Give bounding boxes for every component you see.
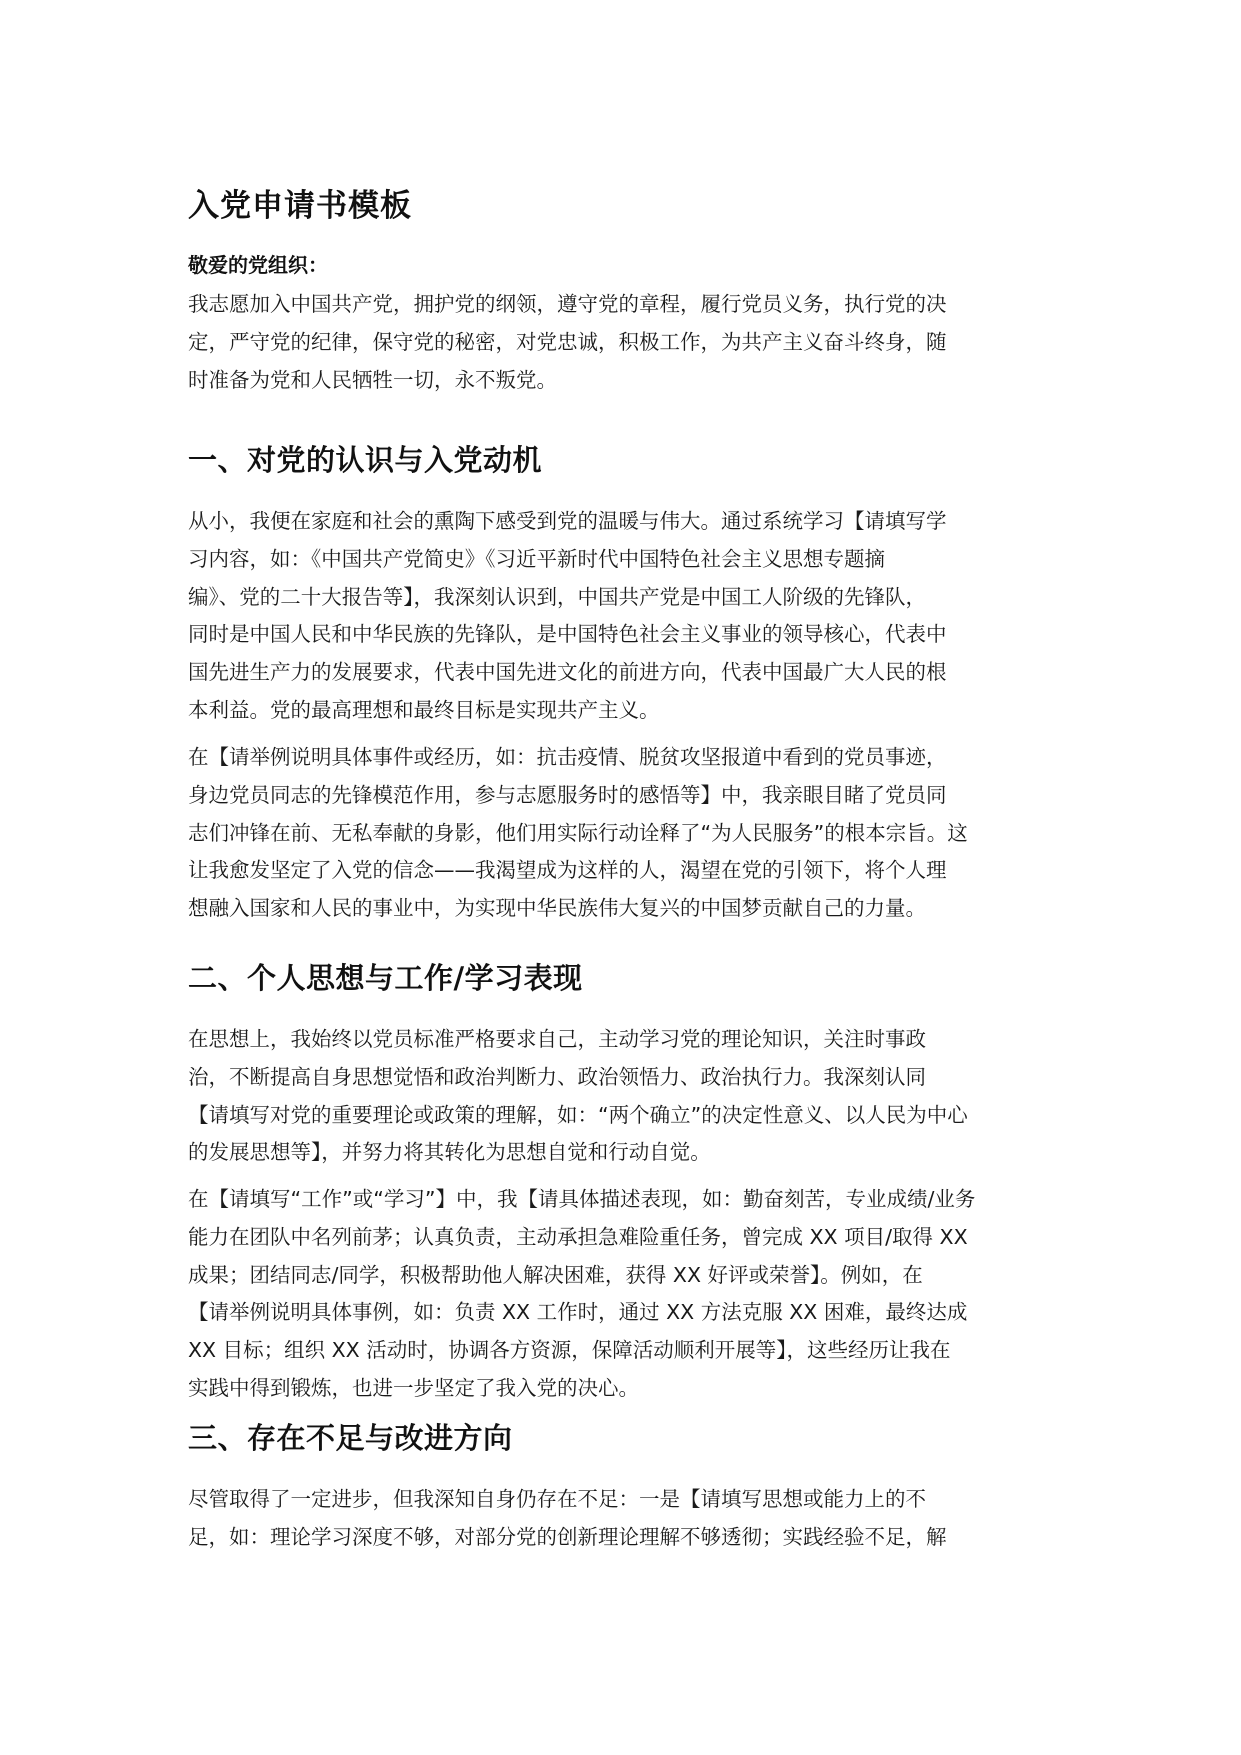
paragraph-line: 同时是中国人民和中华民族的先锋队，是中国特色社会主义事业的领导核心，代表中 [188,616,1048,654]
paragraph-line: 实践中得到锻炼，也进一步坚定了我入党的决心。 [188,1370,1048,1408]
paragraph-line: 习内容，如：《中国共产党简史》《习近平新时代中国特色社会主义思想专题摘 [188,541,1048,579]
section-2-paragraph-2: 在【请填写“工作”或“学习”】中，我【请具体描述表现，如：勤奋刻苦，专业成绩/业… [188,1181,1048,1408]
paragraph-line: 时准备为党和人民牺牲一切，永不叛党。 [188,362,1048,400]
paragraph-line: 编》、党的二十大报告等】，我深刻认识到，中国共产党是中国工人阶级的先锋队， [188,579,1048,617]
section-2-paragraph-1: 在思想上，我始终以党员标准严格要求自己，主动学习党的理论知识，关注时事政 治，不… [188,1021,1048,1172]
paragraph-line: 成果；团结同志/同学，积极帮助他人解决困难，获得 XX 好评或荣誉】。例如，在 [188,1257,1048,1295]
paragraph-line: 我志愿加入中国共产党，拥护党的纲领，遵守党的章程，履行党员义务，执行党的决 [188,286,1048,324]
section-1-paragraph-1: 从小，我便在家庭和社会的熏陶下感受到党的温暖与伟大。通过系统学习【请填写学 习内… [188,503,1048,730]
document-title: 入党申请书模板 [188,186,412,226]
paragraph-line: 的发展思想等】，并努力将其转化为思想自觉和行动自觉。 [188,1134,1048,1172]
paragraph-line: 本利益。党的最高理想和最终目标是实现共产主义。 [188,692,1048,730]
paragraph-line: 【请举例说明具体事例，如：负责 XX 工作时，通过 XX 方法克服 XX 困难，… [188,1294,1048,1332]
salutation: 敬爱的党组织： [188,250,328,280]
section-heading-2: 二、个人思想与工作/学习表现 [188,958,583,998]
section-3-paragraph-1: 尽管取得了一定进步，但我深知自身仍存在不足：一是【请填写思想或能力上的不 足，如… [188,1481,1048,1557]
paragraph-line: 【请填写对党的重要理论或政策的理解，如：“两个确立”的决定性意义、以人民为中心 [188,1097,1048,1135]
paragraph-line: 定，严守党的纪律，保守党的秘密，对党忠诚，积极工作，为共产主义奋斗终身，随 [188,324,1048,362]
paragraph-line: 让我愈发坚定了入党的信念——我渴望成为这样的人，渴望在党的引领下，将个人理 [188,852,1048,890]
paragraph-line: 在【请填写“工作”或“学习”】中，我【请具体描述表现，如：勤奋刻苦，专业成绩/业… [188,1181,1048,1219]
paragraph-line: 国先进生产力的发展要求，代表中国先进文化的前进方向，代表中国最广大人民的根 [188,654,1048,692]
paragraph-line: 能力在团队中名列前茅；认真负责，主动承担急难险重任务，曾完成 XX 项目/取得 … [188,1219,1048,1257]
paragraph-line: 尽管取得了一定进步，但我深知自身仍存在不足：一是【请填写思想或能力上的不 [188,1481,1048,1519]
paragraph-line: 治，不断提高自身思想觉悟和政治判断力、政治领悟力、政治执行力。我深刻认同 [188,1059,1048,1097]
paragraph-line: 志们冲锋在前、无私奉献的身影，他们用实际行动诠释了“为人民服务”的根本宗旨。这 [188,815,1048,853]
intro-paragraph: 我志愿加入中国共产党，拥护党的纲领，遵守党的章程，履行党员义务，执行党的决 定，… [188,286,1048,399]
section-1-paragraph-2: 在【请举例说明具体事件或经历，如：抗击疫情、脱贫攻坚报道中看到的党员事迹， 身边… [188,739,1048,928]
paragraph-line: XX 目标；组织 XX 活动时，协调各方资源，保障活动顺利开展等】，这些经历让我… [188,1332,1048,1370]
section-heading-3: 三、存在不足与改进方向 [188,1418,513,1458]
paragraph-line: 从小，我便在家庭和社会的熏陶下感受到党的温暖与伟大。通过系统学习【请填写学 [188,503,1048,541]
paragraph-line: 身边党员同志的先锋模范作用，参与志愿服务时的感悟等】中，我亲眼目睹了党员同 [188,777,1048,815]
paragraph-line: 足，如：理论学习深度不够，对部分党的创新理论理解不够透彻；实践经验不足，解 [188,1519,1048,1557]
paragraph-line: 想融入国家和人民的事业中，为实现中华民族伟大复兴的中国梦贡献自己的力量。 [188,890,1048,928]
paragraph-line: 在【请举例说明具体事件或经历，如：抗击疫情、脱贫攻坚报道中看到的党员事迹， [188,739,1048,777]
section-heading-1: 一、对党的认识与入党动机 [188,440,542,480]
paragraph-line: 在思想上，我始终以党员标准严格要求自己，主动学习党的理论知识，关注时事政 [188,1021,1048,1059]
